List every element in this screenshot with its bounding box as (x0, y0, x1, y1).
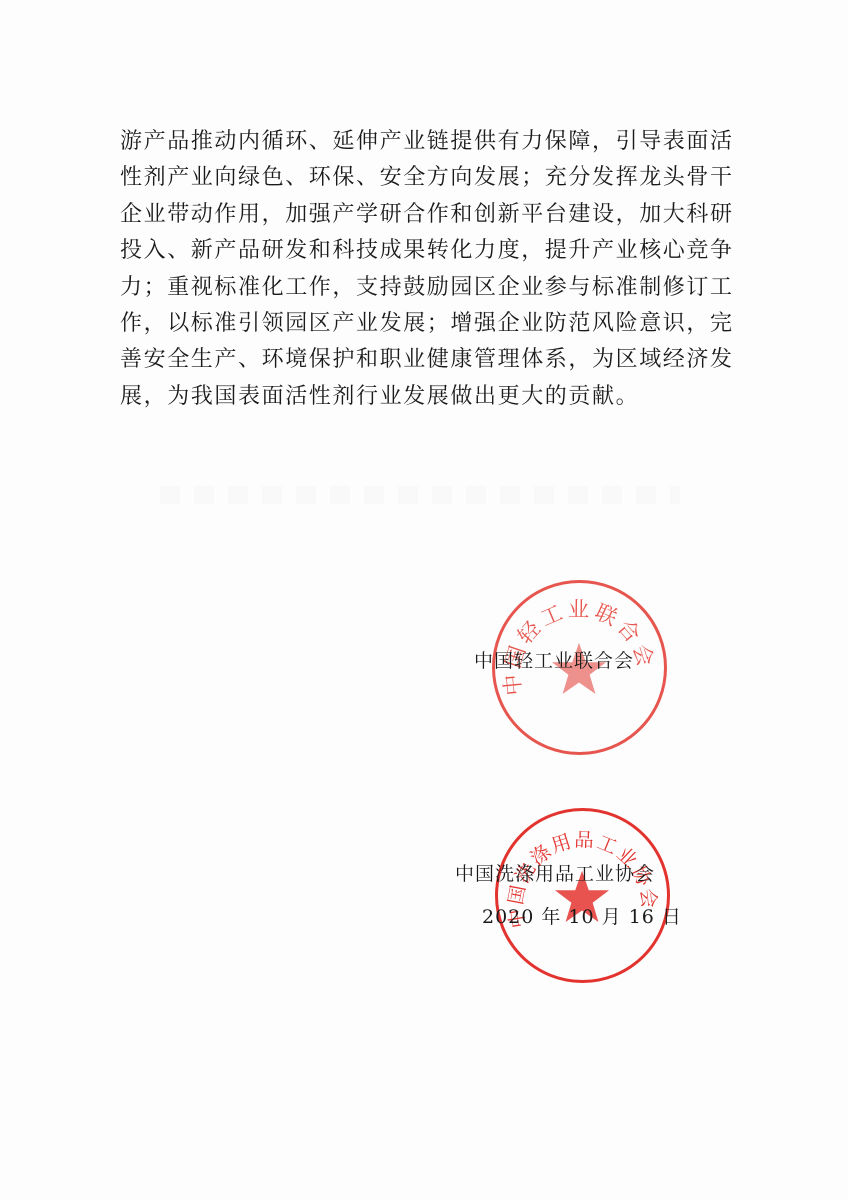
scan-bleed-through (160, 486, 680, 504)
signatory-organization: 中国洗涤用品工业协会 (455, 859, 655, 886)
text-line: 游产品推动内循环、延伸产业链提供有力保障，引导表面活 (120, 124, 740, 160)
text-line: 性剂产业向绿色、环保、安全方向发展；充分发挥龙头骨干 (120, 160, 740, 196)
text-line: 力；重视标准化工作，支持鼓励园区企业参与标准制修订工 (120, 270, 740, 306)
text-line: 善安全生产、环境保护和职业健康管理体系，为区域经济发 (120, 342, 740, 378)
text-line: 企业带动作用，加强产学研合作和创新平台建设，加大科研 (120, 197, 740, 233)
signatory-organization: 中国轻工业联合会 (474, 646, 634, 673)
text-line: 展，为我国表面活性剂行业发展做出更大的贡献。 (120, 379, 740, 415)
text-line: 投入、新产品研发和科技成果转化力度，提升产业核心竞争 (120, 233, 740, 269)
text-line: 作，以标准引领园区产业发展；增强企业防范风险意识，完 (120, 306, 740, 342)
seal-star-icon: 中国洗涤用品工业协会 (498, 811, 667, 980)
document-date: 2020 年 10 月 16 日 (482, 902, 682, 929)
document-page: 游产品推动内循环、延伸产业链提供有力保障，引导表面活 性剂产业向绿色、环保、安全… (0, 0, 848, 1200)
official-seal-icon: 中国洗涤用品工业协会 (495, 808, 670, 983)
body-paragraph: 游产品推动内循环、延伸产业链提供有力保障，引导表面活 性剂产业向绿色、环保、安全… (120, 124, 740, 415)
